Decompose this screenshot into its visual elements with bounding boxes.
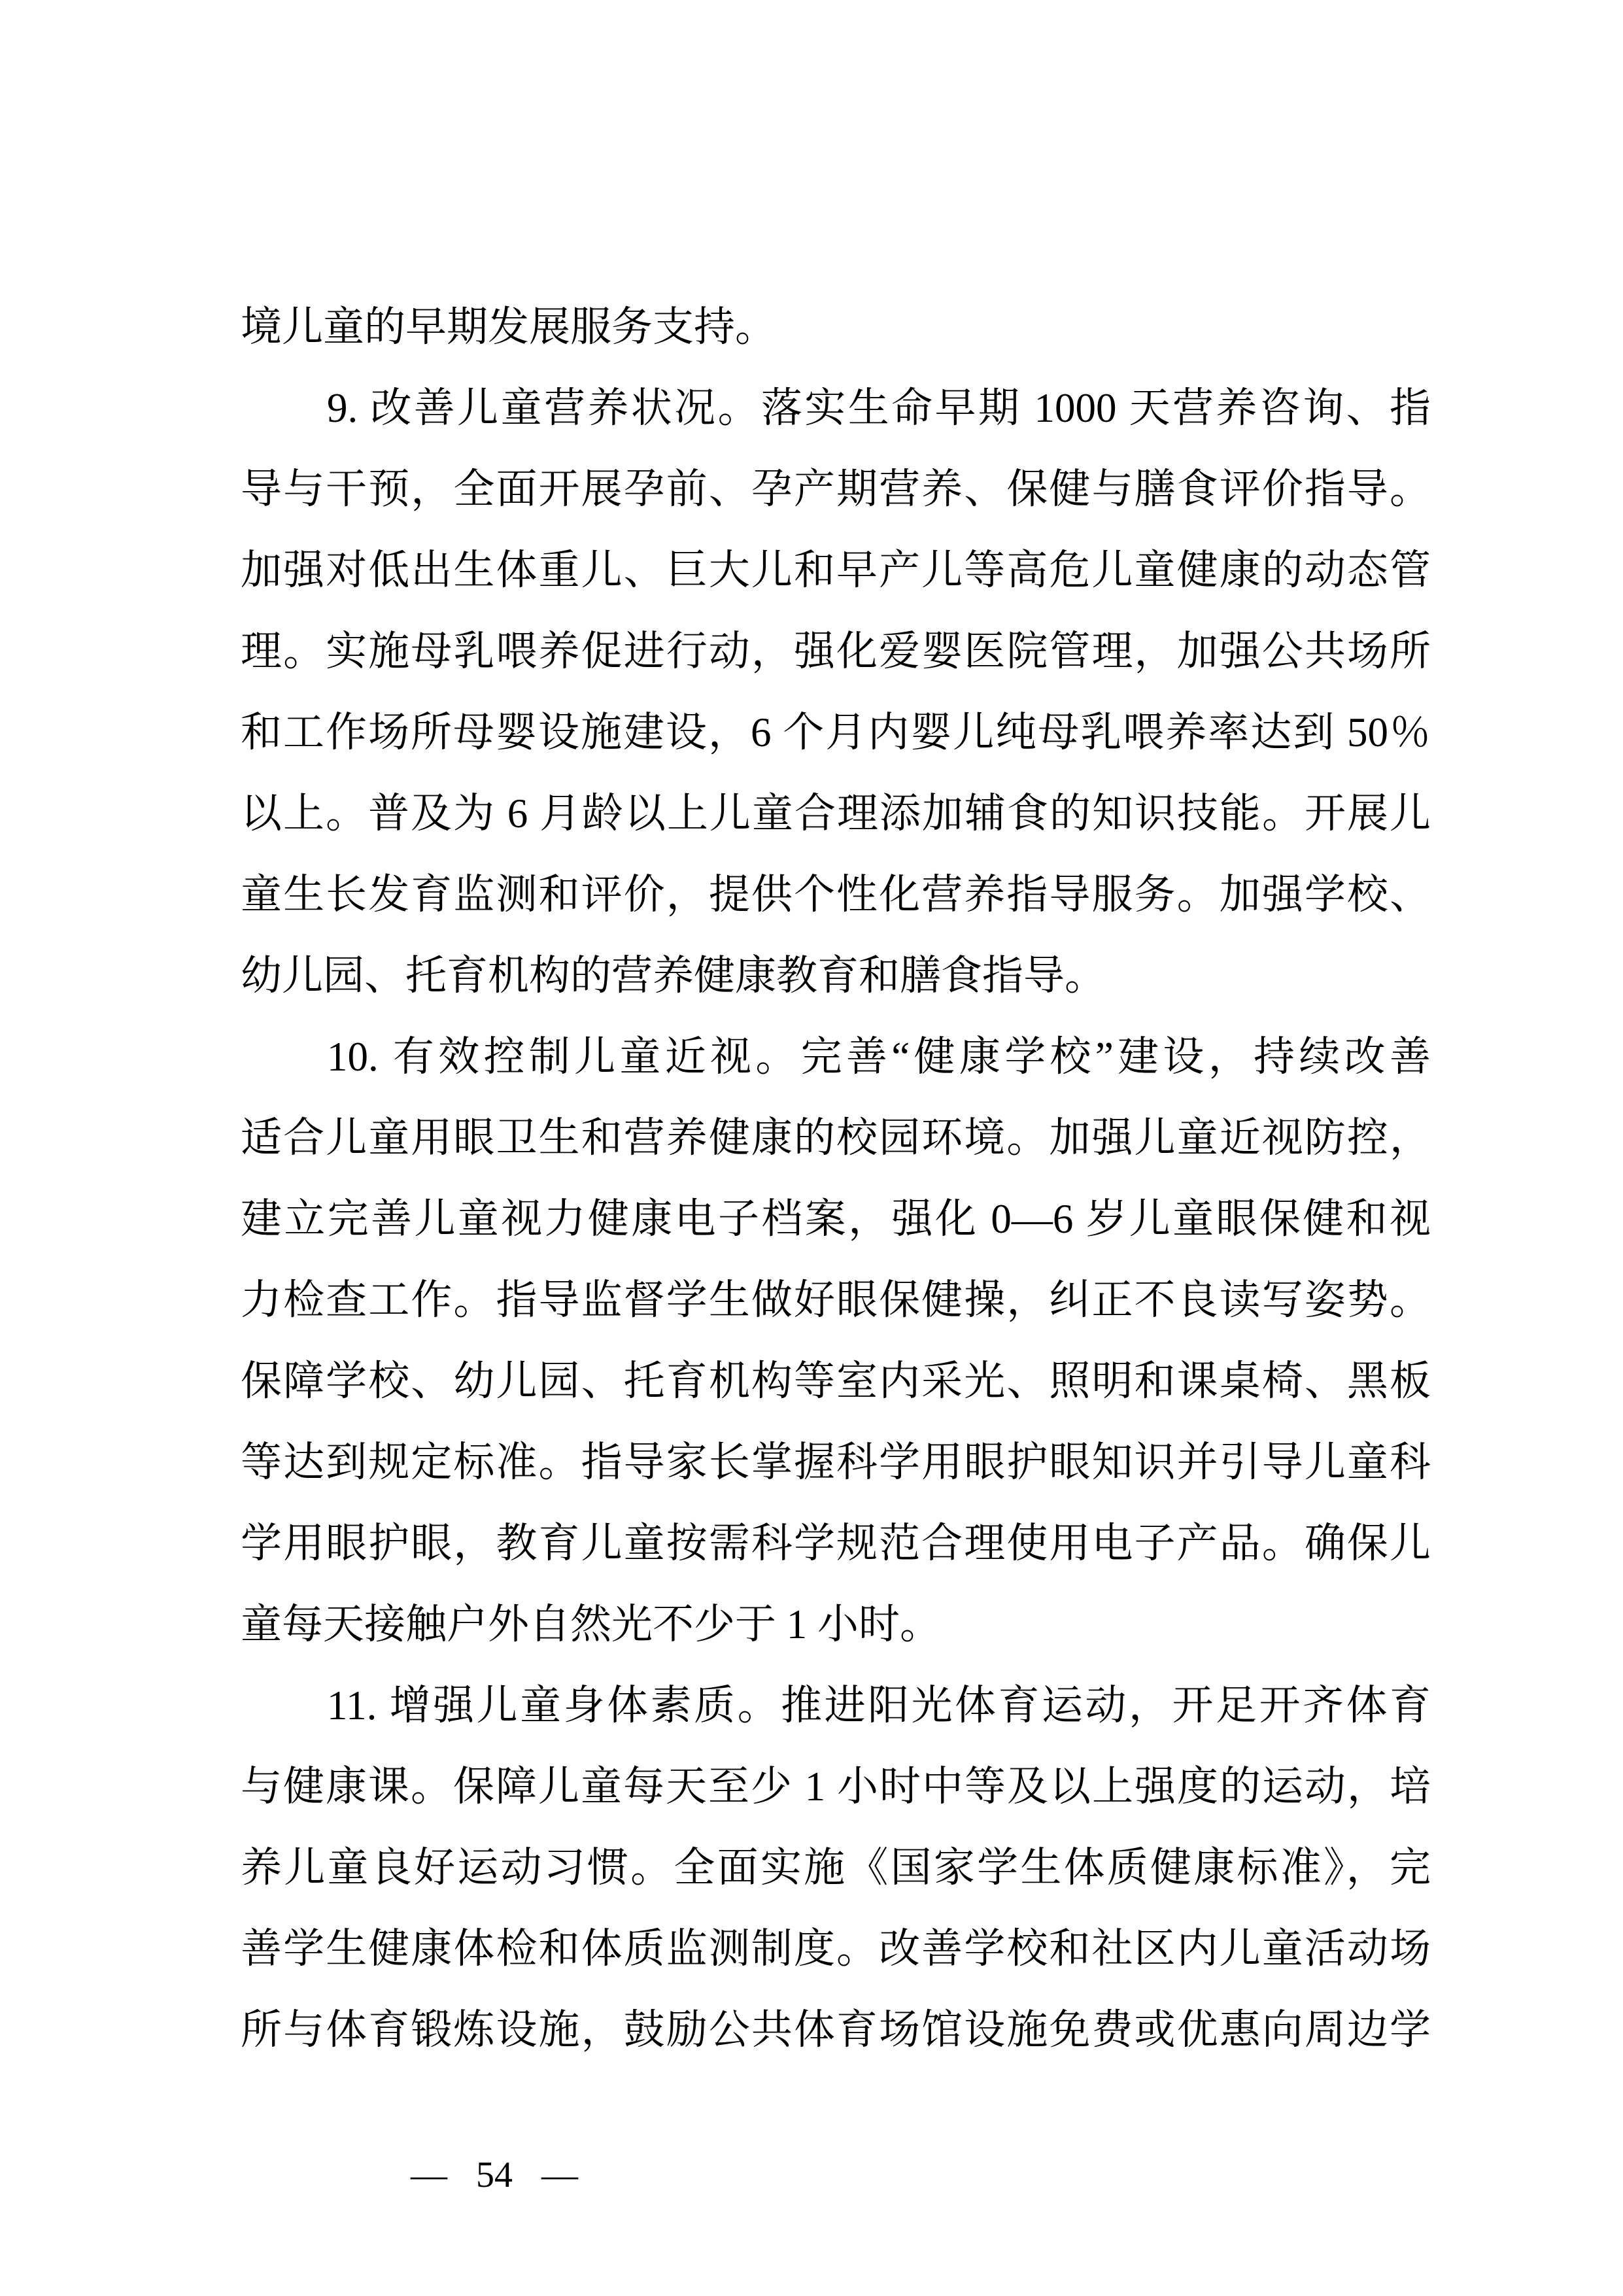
text-line: 建立完善儿童视力健康电子档案，强化 0—6 岁儿童眼保健和视 (241, 1178, 1431, 1259)
text-line: 保障学校、幼儿园、托育机构等室内采光、照明和课桌椅、黑板 (241, 1341, 1431, 1422)
document-page: 境儿童的早期发展服务支持。 9. 改善儿童营养状况。落实生命早期 1000 天营… (0, 0, 1623, 2296)
document-body: 境儿童的早期发展服务支持。 9. 改善儿童营养状况。落实生命早期 1000 天营… (241, 286, 1431, 2070)
page-number: — 54 — (411, 2155, 578, 2195)
text-line: 境儿童的早期发展服务支持。 (241, 286, 1431, 368)
page-footer: — 54 — (296, 2065, 578, 2138)
text-line: 所与体育锻炼设施，鼓励公共体育场馆设施免费或优惠向周边学 (241, 1989, 1431, 2070)
text-line: 学用眼护眼，教育儿童按需科学规范合理使用电子产品。确保儿 (241, 1503, 1431, 1584)
text-line: 养儿童良好运动习惯。全面实施《国家学生体质健康标准》，完 (241, 1827, 1431, 1908)
text-line: 和工作场所母婴设施建设，6 个月内婴儿纯母乳喂养率达到 50％ (241, 692, 1431, 773)
text-line: 童每天接触户外自然光不少于 1 小时。 (241, 1584, 1431, 1665)
text-line: 力检查工作。指导监督学生做好眼保健操，纠正不良读写姿势。 (241, 1259, 1431, 1341)
text-line: 幼儿园、托育机构的营养健康教育和膳食指导。 (241, 935, 1431, 1016)
text-line: 10. 有效控制儿童近视。完善“健康学校”建设，持续改善 (241, 1016, 1431, 1097)
text-line: 等达到规定标准。指导家长掌握科学用眼护眼知识并引导儿童科 (241, 1422, 1431, 1503)
text-line: 适合儿童用眼卫生和营养健康的校园环境。加强儿童近视防控， (241, 1097, 1431, 1178)
text-line: 与健康课。保障儿童每天至少 1 小时中等及以上强度的运动，培 (241, 1746, 1431, 1827)
text-line: 善学生健康体检和体质监测制度。改善学校和社区内儿童活动场 (241, 1908, 1431, 1989)
text-line: 童生长发育监测和评价，提供个性化营养指导服务。加强学校、 (241, 854, 1431, 935)
text-line: 加强对低出生体重儿、巨大儿和早产儿等高危儿童健康的动态管 (241, 530, 1431, 611)
text-line: 导与干预，全面开展孕前、孕产期营养、保健与膳食评价指导。 (241, 449, 1431, 530)
text-line: 以上。普及为 6 月龄以上儿童合理添加辅食的知识技能。开展儿 (241, 773, 1431, 854)
text-line: 11. 增强儿童身体素质。推进阳光体育运动，开足开齐体育 (241, 1665, 1431, 1746)
text-line: 9. 改善儿童营养状况。落实生命早期 1000 天营养咨询、指 (241, 368, 1431, 449)
text-line: 理。实施母乳喂养促进行动，强化爱婴医院管理，加强公共场所 (241, 611, 1431, 692)
